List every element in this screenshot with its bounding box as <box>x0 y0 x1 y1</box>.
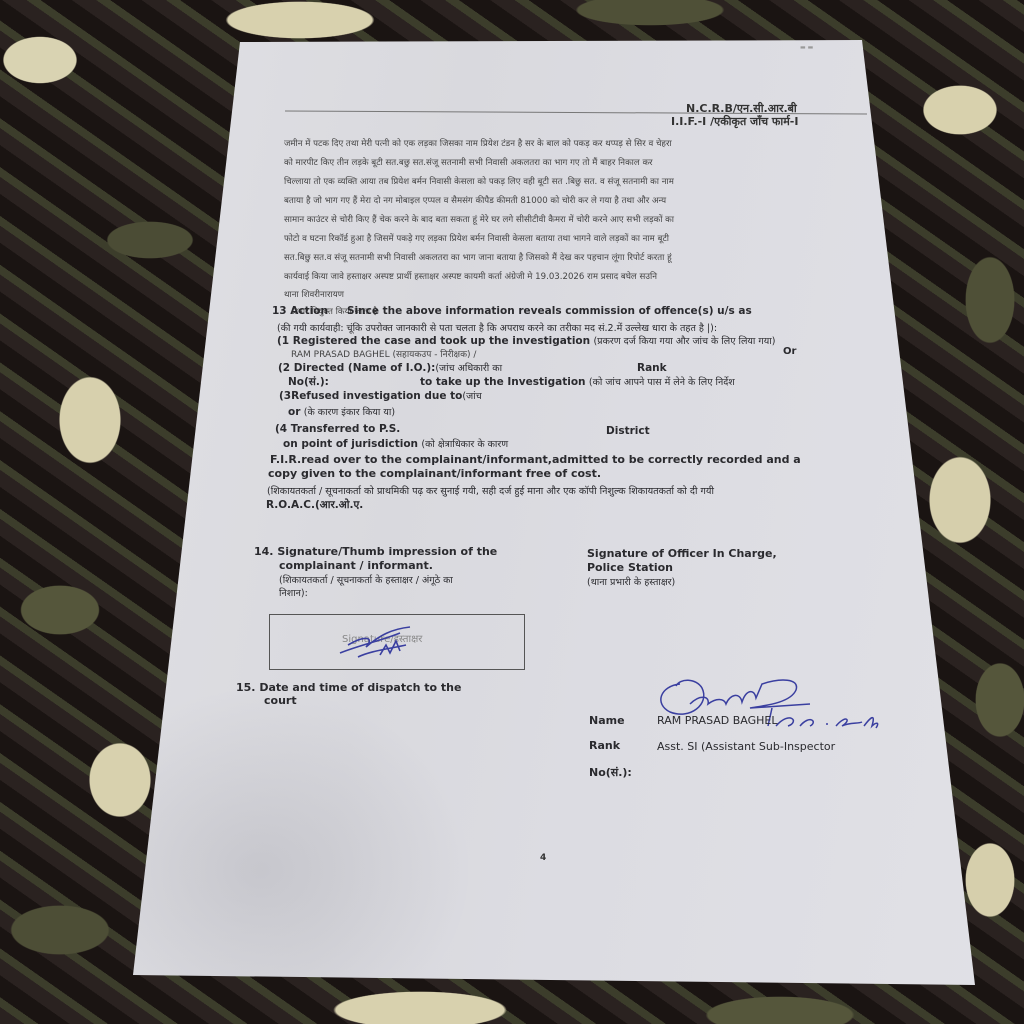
fir-read-hindi: (शिकायतकर्ता / सूचनाकर्ता को प्राथमिकी प… <box>267 484 714 497</box>
item-2-en: (2 Directed (Name of I.O.): <box>278 362 435 374</box>
section-13-text: Since the above information reveals comm… <box>347 305 752 317</box>
item-2-hi: (जांच अधिकारी का <box>435 363 502 374</box>
section-14-hindi: (शिकायतकर्ता / सूचनाकर्ता के हस्ताक्षर /… <box>279 573 453 586</box>
item-3-en: (3Refused investigation due to <box>279 390 462 402</box>
or-hi: (के कारण इंकार किया या) <box>304 407 395 418</box>
take-up-en: to take up the Investigation <box>420 376 586 388</box>
narrative-line: कार्यवाई किया जावे हस्ताक्षर अस्पष्ट प्र… <box>284 270 657 282</box>
officer-line: RAM PRASAD BAGHEL (सहायकउप - निरीक्षक) / <box>291 347 476 360</box>
jurisdiction-en: on point of jurisdiction <box>283 438 418 450</box>
section-14-label: 14. Signature/Thumb impression of the <box>254 545 497 558</box>
page-number: 4 <box>540 853 546 863</box>
name-value: RAM PRASAD BAGHEL <box>657 714 778 727</box>
jurisdiction-hi: (को क्षेत्राधिकार के कारण <box>421 439 508 450</box>
or-label: Or <box>783 346 796 357</box>
item-1-en: (1 Registered the case and took up the i… <box>277 335 590 347</box>
rank-label: Rank <box>589 739 620 752</box>
narrative-line: जमीन में पटक दिए तथा मेरी पत्नी को एक लड… <box>284 137 672 149</box>
complainant-signature-box: Signature/हस्ताक्षर <box>269 614 525 670</box>
section-15-label: 15. Date and time of dispatch to the <box>236 681 461 694</box>
officer-signature-ink <box>650 664 880 744</box>
narrative-line: को मारपीट किए तीन लड़के बूटी सत.बछु सत.स… <box>284 156 653 168</box>
fir-read-line-2: copy given to the complainant/informant … <box>268 467 601 480</box>
header-iif: I.I.F.-I /एकीकृत जाँच फार्म-I <box>671 114 798 129</box>
section-15-label-2: court <box>264 694 297 707</box>
rank-value: Asst. SI (Assistant Sub-Inspector <box>657 740 835 753</box>
no-label: No(सं.): <box>589 765 632 780</box>
name-label: Name <box>589 714 625 727</box>
item-4-en: (4 Transferred to P.S. <box>275 423 400 435</box>
section-14-hindi-2: निशान): <box>279 586 308 599</box>
narrative-line: सामान काउंटर से चोरी किए हैं चेक करने के… <box>284 213 674 225</box>
narrative-line: सत.बिछु सत.व संजू सतनामी सभी निवासी अकलत… <box>284 251 672 263</box>
police-station-label: Police Station <box>587 561 673 574</box>
or-en: or <box>288 406 300 418</box>
section-13-hindi: (की गयी कार्यवाही: चूंकि उपरोक्त जानकारी… <box>277 321 717 334</box>
district-label: District <box>606 425 650 437</box>
officer-signature-label: Signature of Officer In Charge, <box>587 547 777 560</box>
narrative-line: थाना शिवरीनारायण <box>284 288 344 300</box>
narrative-line: बताया है जो भाग गए हैं मेरा दो नग मोबाइल… <box>284 194 666 206</box>
narrative-line: चिल्लाया तो एक व्यक्ति आया तब प्रियेश बर… <box>284 175 674 187</box>
no-label: No(सं.): <box>288 375 329 389</box>
complainant-signature-ink <box>270 615 524 669</box>
fir-page: ▬ ▬ N.C.R.B/एन.सी.आर.बी I.I.F.-I /एकीकृत… <box>0 0 1024 1024</box>
section-14-label-2: complainant / informant. <box>279 559 433 572</box>
item-1-hi: (प्रकरण दर्ज किया गया और जांच के लिए लिय… <box>593 336 775 347</box>
item-3-hi: (जांच <box>462 391 481 402</box>
take-up-hi: (को जांच आपने पास में लेने के लिए निर्दे… <box>589 377 735 388</box>
roac: R.O.A.C.(आर.ओ.ए. <box>266 498 363 512</box>
narrative-line: फोटो व घटना रिकॉर्ड हुआ है जिसमें पकड़े … <box>284 232 669 244</box>
officer-signature-hindi: (थाना प्रभारी के हस्ताक्षर) <box>587 575 675 588</box>
fir-read-line-1: F.I.R.read over to the complainant/infor… <box>270 453 801 466</box>
rank-label: Rank <box>637 362 667 374</box>
corner-mark: ▬ ▬ <box>800 44 813 51</box>
section-13-label: 13 Action <box>272 305 328 317</box>
